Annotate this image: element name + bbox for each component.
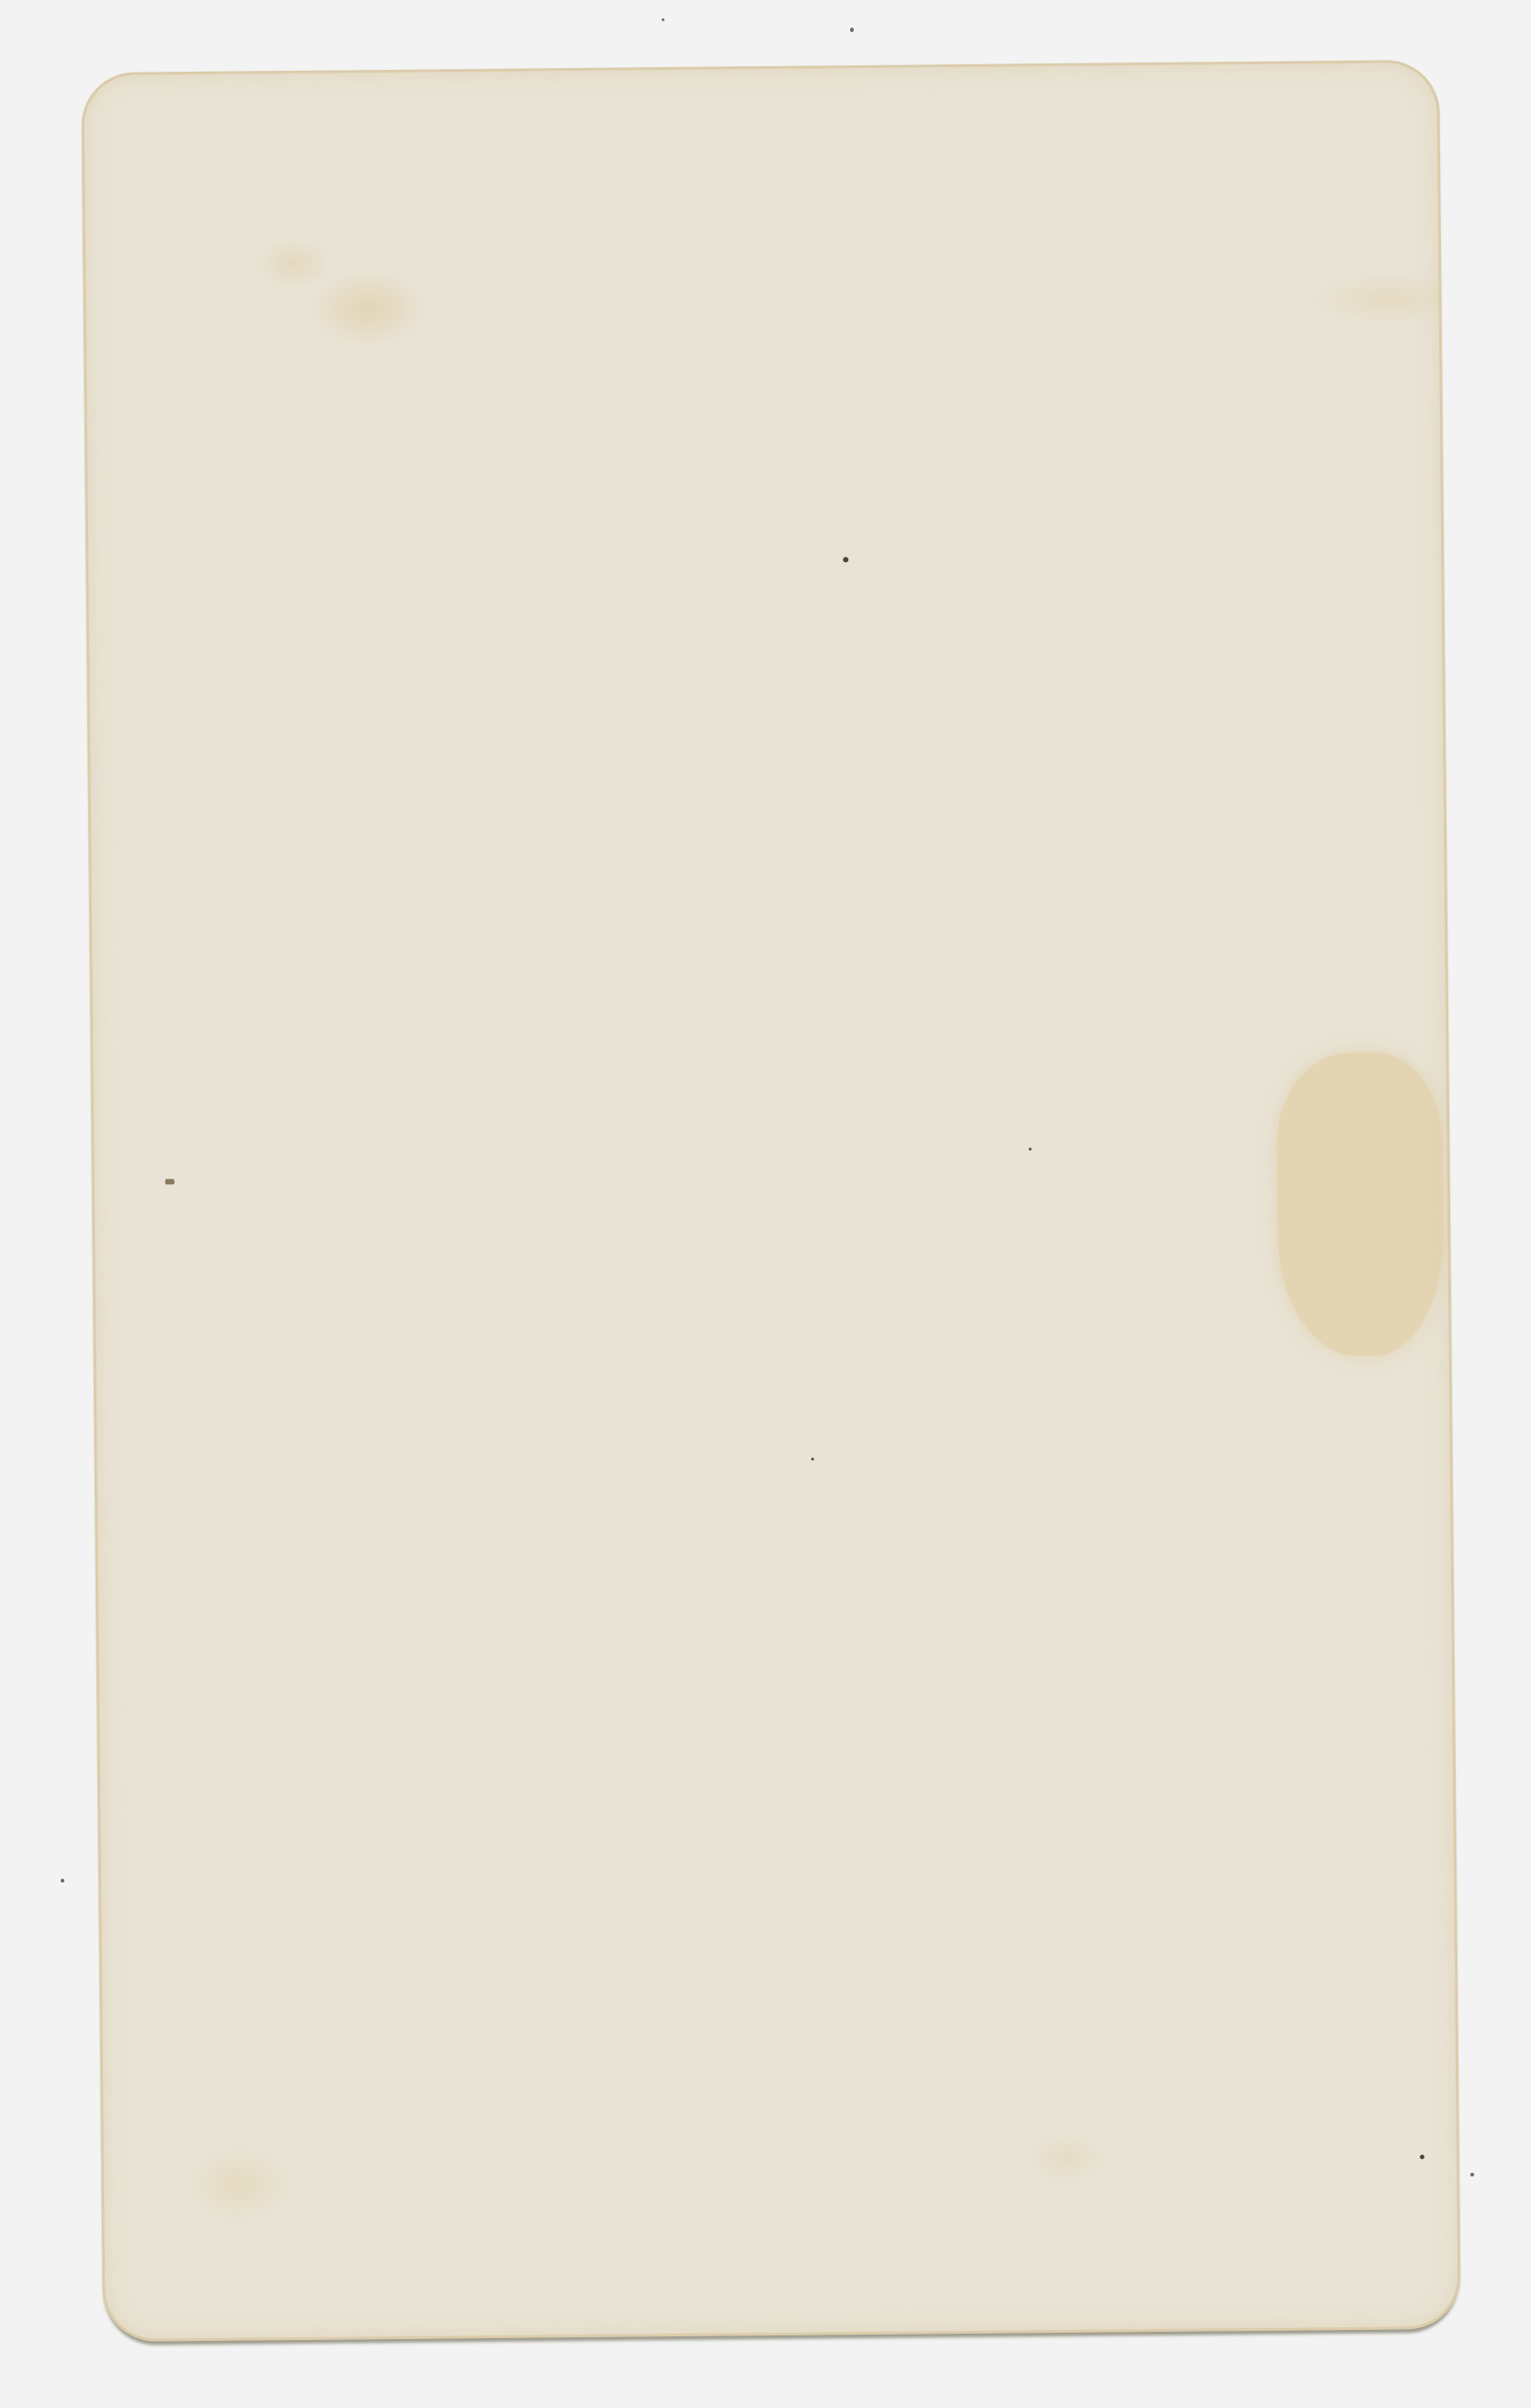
water-stain (1276, 1052, 1444, 1357)
card-speck (811, 1458, 814, 1461)
blank-card (81, 60, 1461, 2342)
background-speck (662, 18, 664, 21)
background-speck (850, 28, 854, 32)
card-speck (843, 557, 848, 562)
card-speck (1420, 2154, 1424, 2159)
card-speck (165, 1179, 175, 1184)
background-speck (1470, 2173, 1474, 2176)
card-speck (1028, 1147, 1031, 1150)
scan-background (0, 0, 1531, 2408)
background-speck (61, 1879, 64, 1882)
